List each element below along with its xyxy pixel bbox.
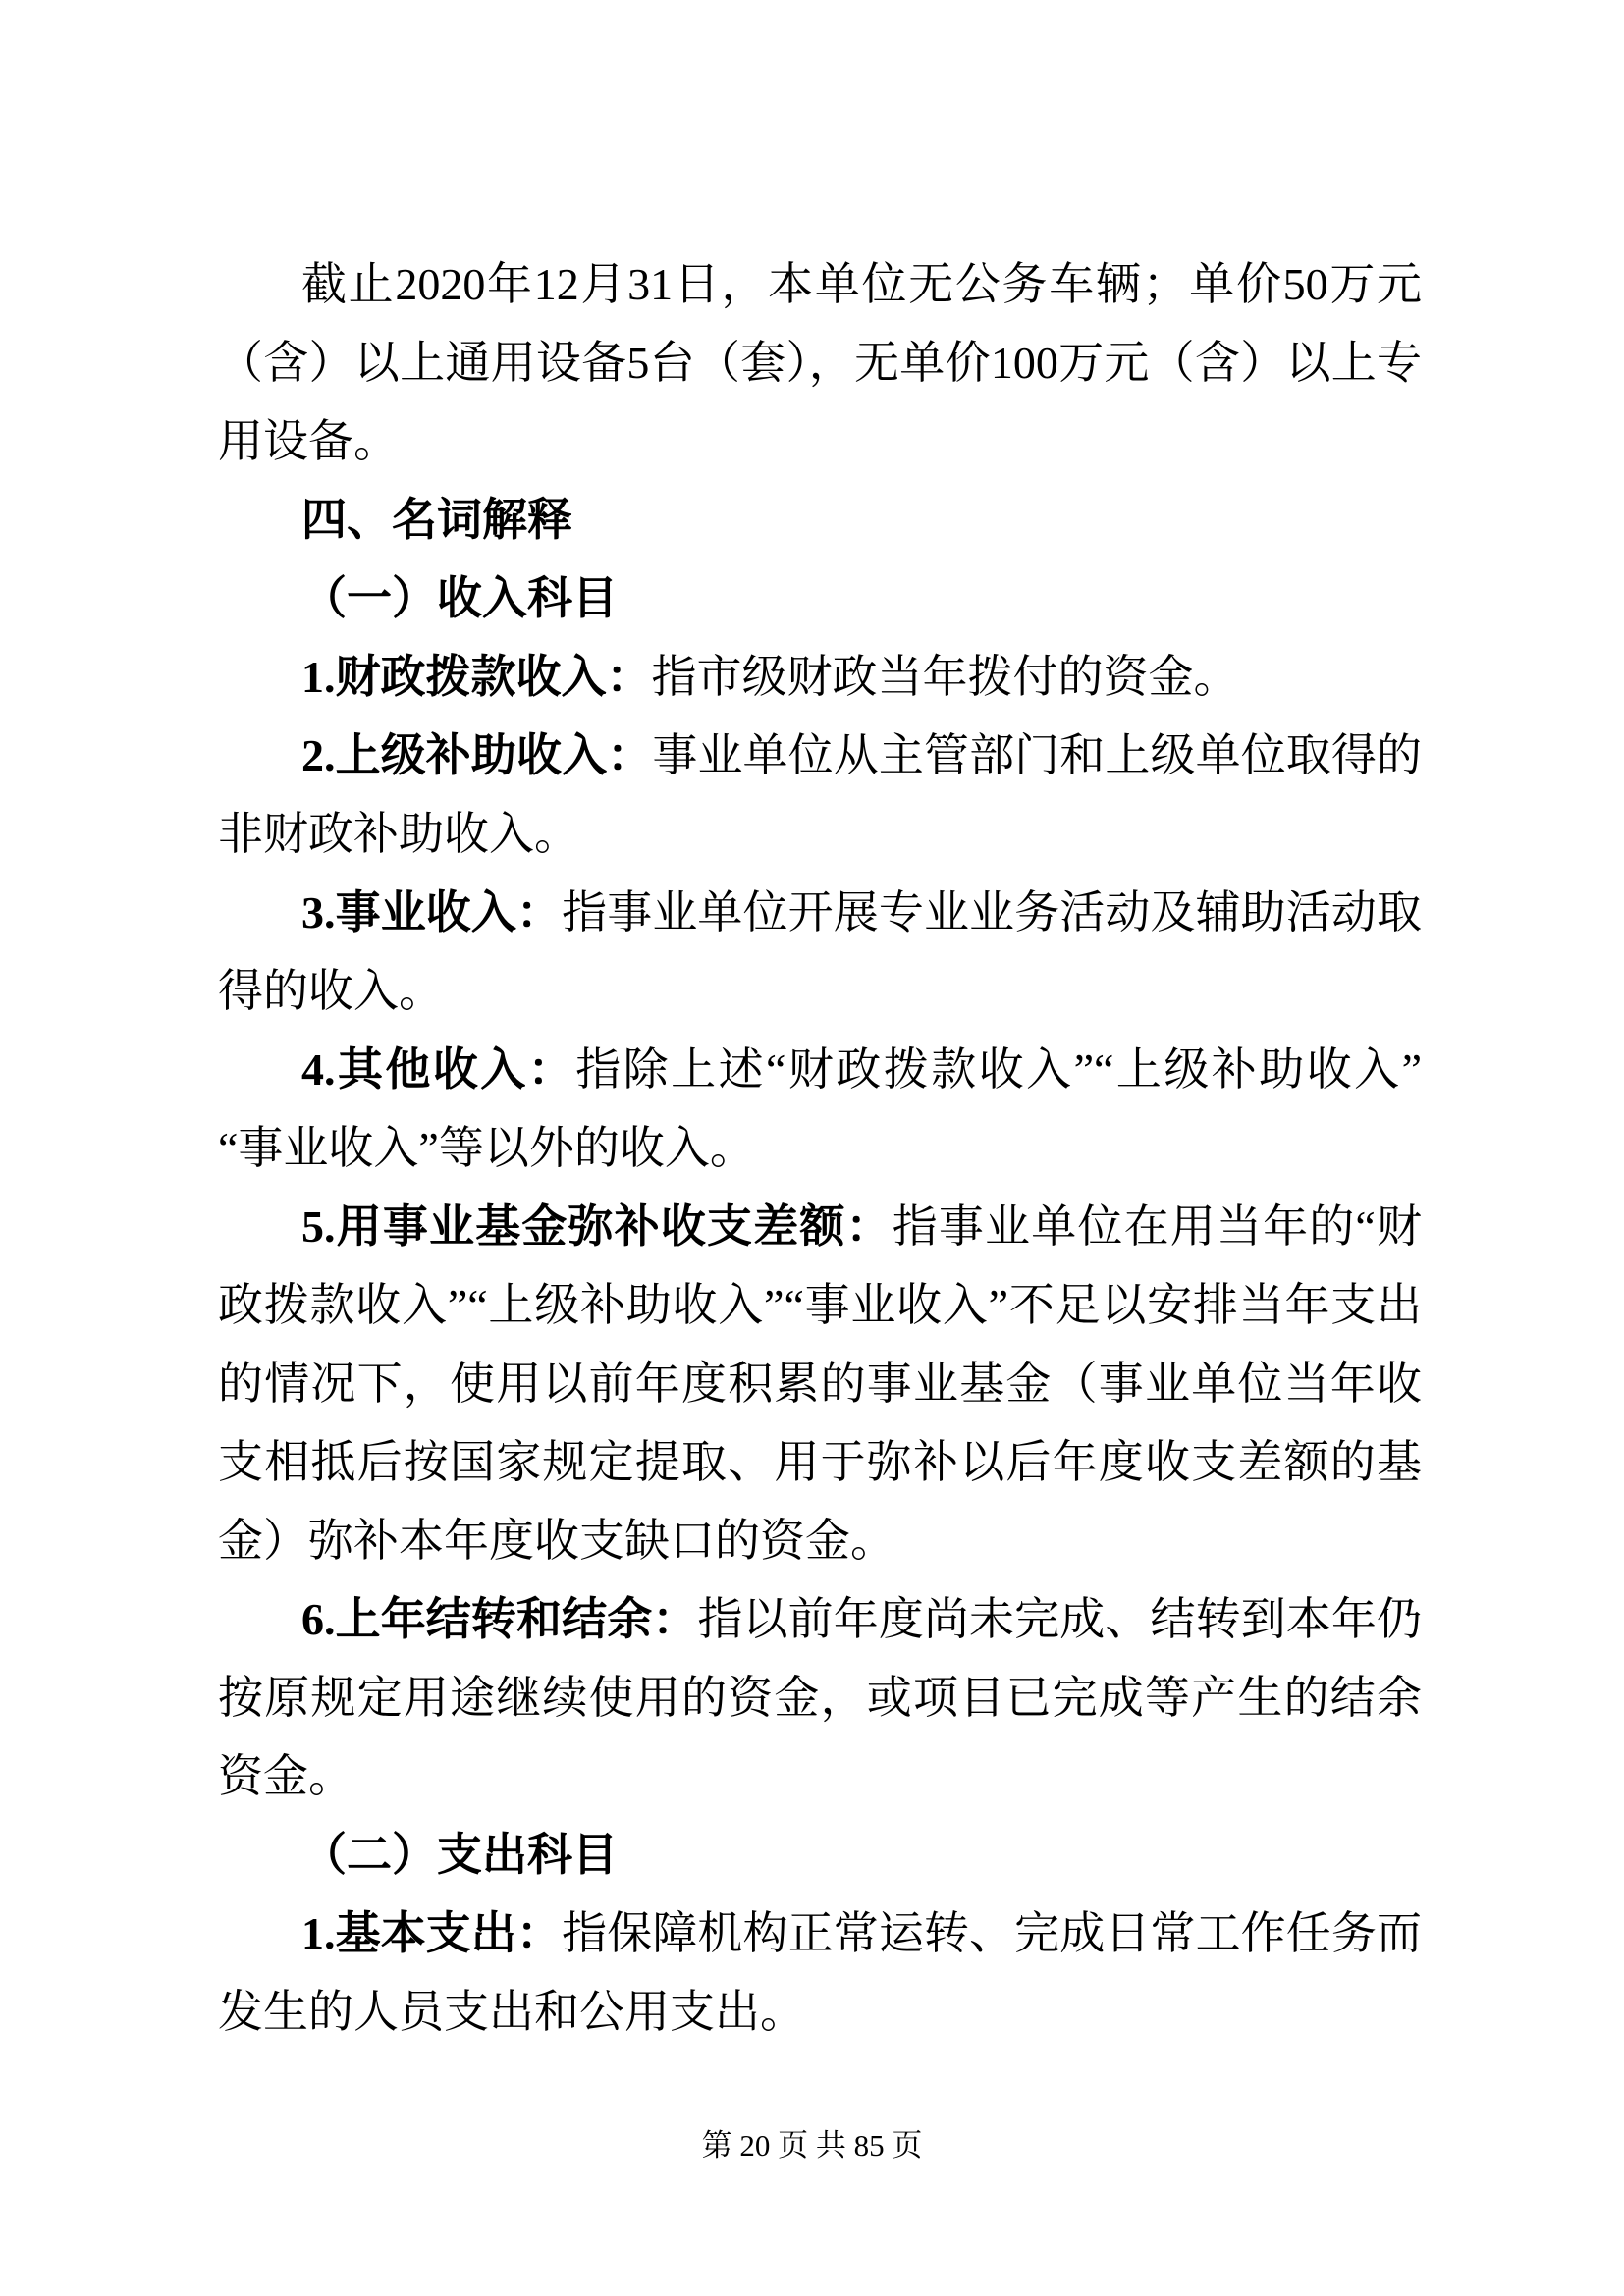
term-label: 1.财政拨款收入： <box>301 652 652 702</box>
heading-text: （一）收入科目 <box>301 573 618 623</box>
document-body: 截止2020年12月31日，本单位无公务车辆；单价50万元（含）以上通用设备5台… <box>218 245 1422 2052</box>
heading-section-four: 四、名词解释 <box>218 481 1422 560</box>
document-page: 截止2020年12月31日，本单位无公务车辆；单价50万元（含）以上通用设备5台… <box>0 0 1624 2296</box>
paragraph-text: 截止2020年12月31日，本单位无公务车辆；单价50万元（含）以上通用设备5台… <box>218 259 1422 466</box>
term-label: 1.基本支出： <box>301 1908 562 1958</box>
term-label: 5.用事业基金弥补收支差额： <box>301 1201 893 1252</box>
term-superior-subsidy-income: 2.上级补助收入：事业单位从主管部门和上级单位取得的非财政补助收入。 <box>218 717 1422 874</box>
term-definition: 指事业单位在用当年的“财政拨款收入”“上级补助收入”“事业收入”不足以安排当年支… <box>218 1201 1422 1566</box>
term-label: 3.事业收入： <box>301 887 562 937</box>
term-carryover-and-surplus: 6.上年结转和结余：指以前年度尚未完成、结转到本年仍按原规定用途继续使用的资金，… <box>218 1580 1422 1816</box>
term-label: 4.其他收入： <box>301 1044 575 1095</box>
term-definition: 指市级财政当年拨付的资金。 <box>652 652 1239 702</box>
page-number-footer: 第 20 页 共 85 页 <box>0 2128 1624 2163</box>
heading-text: 四、名词解释 <box>301 495 572 545</box>
term-label: 6.上年结转和结余： <box>301 1594 697 1644</box>
term-basic-expenditure: 1.基本支出：指保障机构正常运转、完成日常工作任务而发生的人员支出和公用支出。 <box>218 1895 1422 2052</box>
heading-expenditure-items: （二）支出科目 <box>218 1816 1422 1895</box>
term-fiscal-appropriation-income: 1.财政拨款收入：指市级财政当年拨付的资金。 <box>218 638 1422 717</box>
page-indicator: 第 20 页 共 85 页 <box>702 2128 923 2163</box>
paragraph-asset-summary: 截止2020年12月31日，本单位无公务车辆；单价50万元（含）以上通用设备5台… <box>218 245 1422 481</box>
term-operating-income: 3.事业收入：指事业单位开展专业业务活动及辅助活动取得的收入。 <box>218 874 1422 1031</box>
term-fund-deficit-coverage: 5.用事业基金弥补收支差额：指事业单位在用当年的“财政拨款收入”“上级补助收入”… <box>218 1188 1422 1580</box>
term-other-income: 4.其他收入：指除上述“财政拨款收入”“上级补助收入”“事业收入”等以外的收入。 <box>218 1031 1422 1188</box>
term-label: 2.上级补助收入： <box>301 730 652 780</box>
heading-text: （二）支出科目 <box>301 1830 618 1880</box>
heading-income-items: （一）收入科目 <box>218 560 1422 638</box>
